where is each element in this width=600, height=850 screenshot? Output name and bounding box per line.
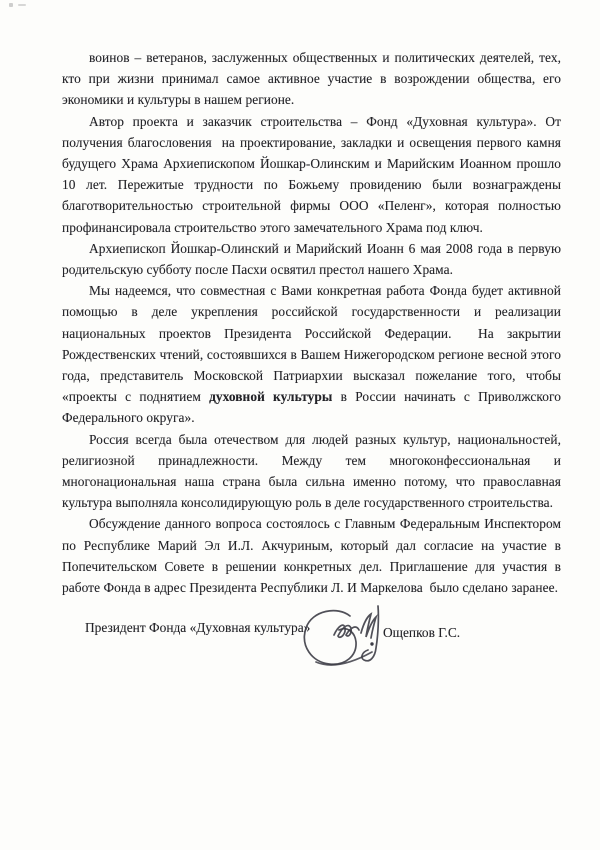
text-run: Обсуждение данного вопроса состоялось с … [62, 516, 561, 595]
text-run: Автор проекта и заказчик строительства –… [62, 114, 561, 235]
paragraph: Обсуждение данного вопроса состоялось с … [62, 513, 561, 598]
paragraph: Россия всегда была отечеством для людей … [62, 429, 561, 514]
paragraph: воинов – ветеранов, заслуженных обществе… [62, 47, 561, 111]
text-run: воинов – ветеранов, заслуженных обществе… [62, 50, 561, 107]
scan-speck [9, 3, 13, 7]
text-run: Архиепископ Йошкар-Олинский и Марийский … [62, 241, 561, 277]
text-run: Россия всегда была отечеством для людей … [62, 432, 561, 511]
signature-title: Президент Фонда «Духовная культура» [85, 620, 310, 636]
signature-name: Ощепков Г.С. [383, 625, 460, 641]
signature-scribble-icon [298, 604, 390, 672]
scan-speck [18, 4, 26, 6]
bold-text-run: духовной культуры [209, 389, 332, 404]
letter-body: воинов – ветеранов, заслуженных обществе… [62, 47, 561, 598]
paragraph: Автор проекта и заказчик строительства –… [62, 111, 561, 238]
scanned-letter-page: воинов – ветеранов, заслуженных обществе… [0, 0, 600, 850]
text-run: Мы надеемся, что совместная с Вами конкр… [62, 283, 561, 404]
paragraph: Архиепископ Йошкар-Олинский и Марийский … [62, 238, 561, 280]
paragraph: Мы надеемся, что совместная с Вами конкр… [62, 280, 561, 428]
